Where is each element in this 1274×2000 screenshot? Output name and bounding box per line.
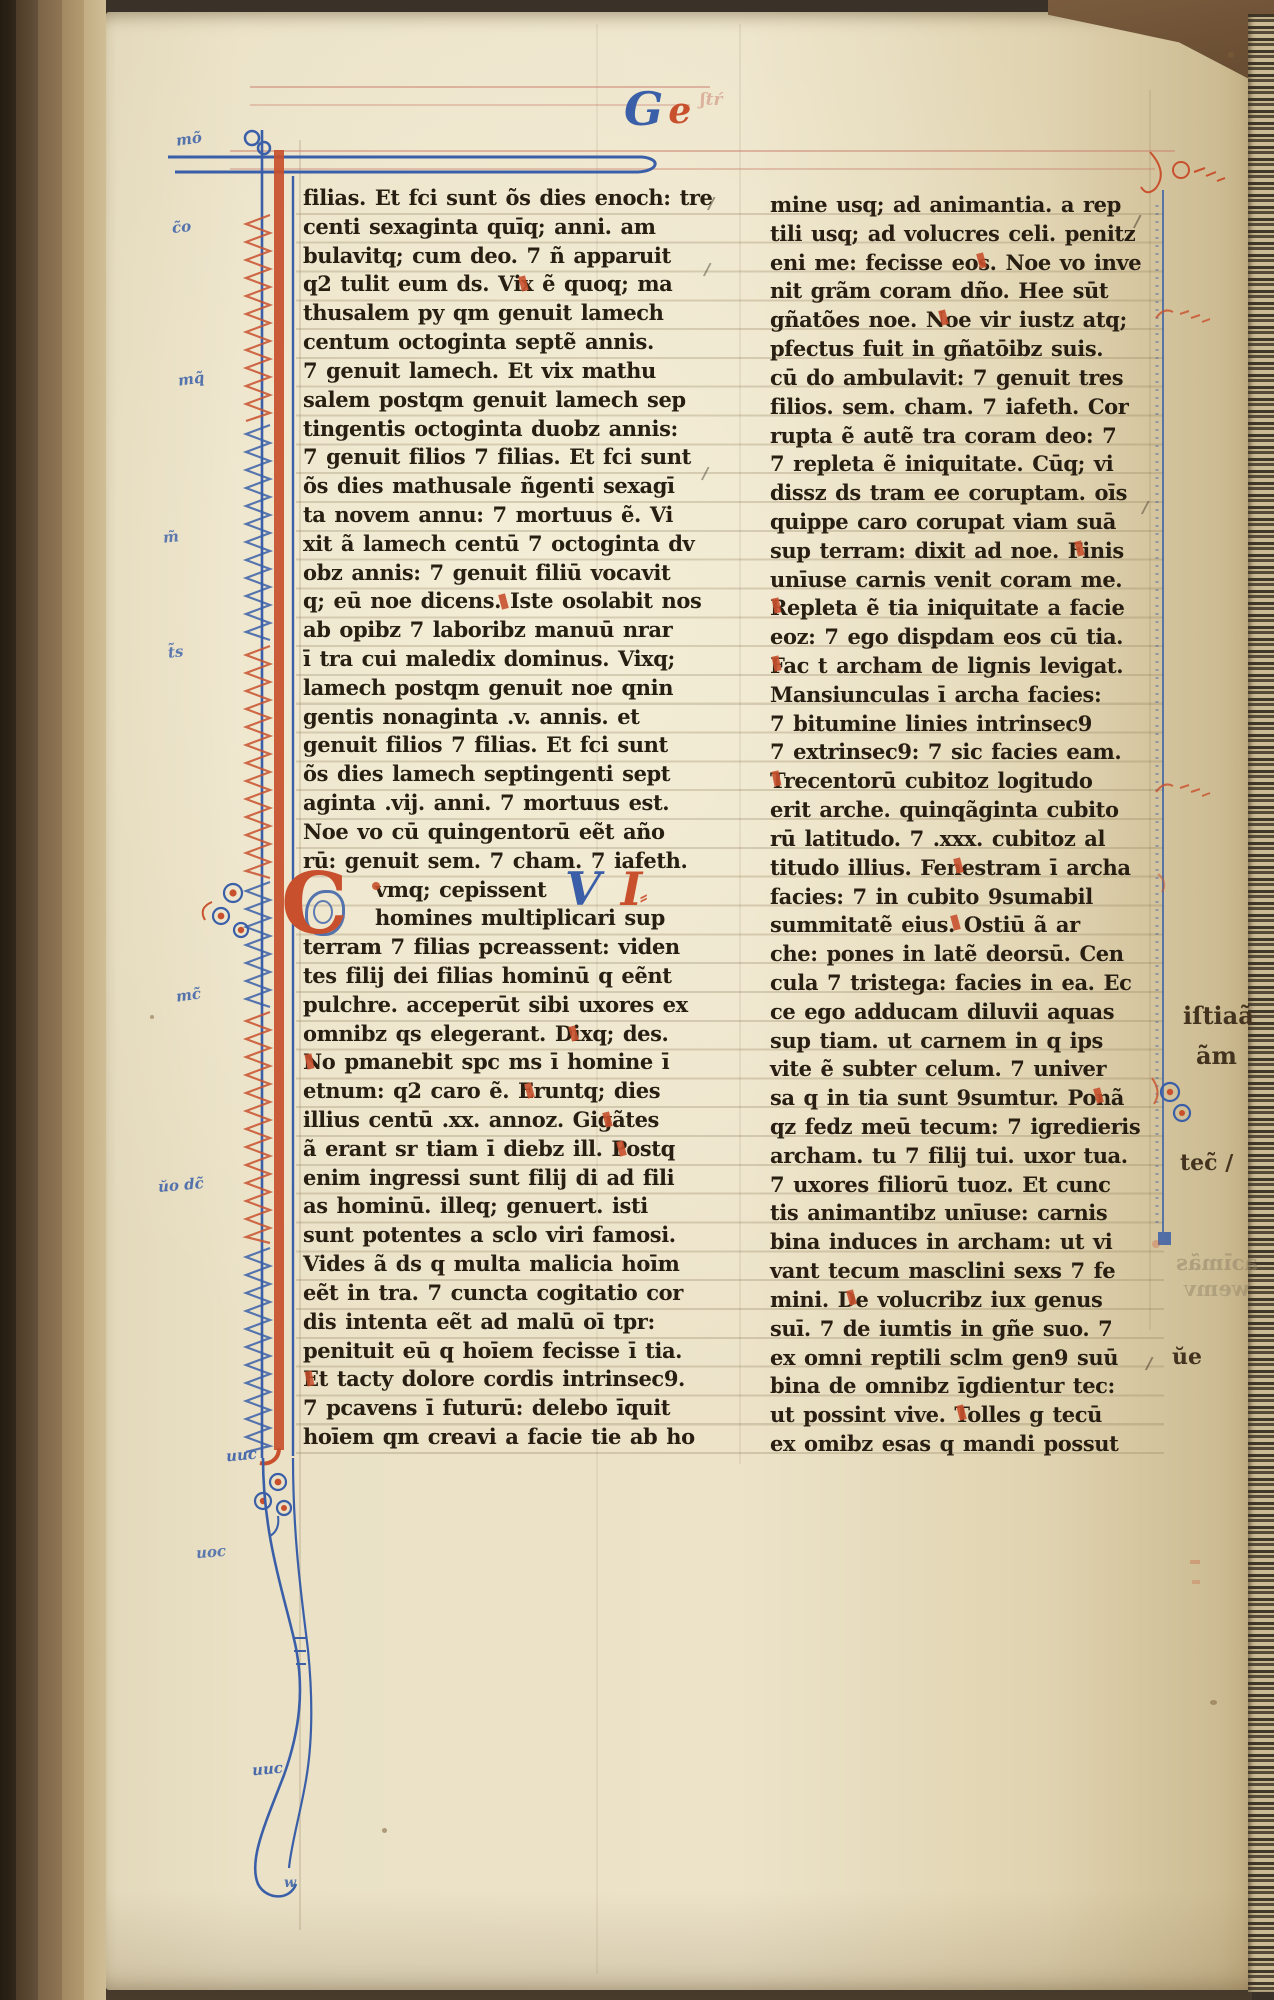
text-line: mini. De volucribz iux genus	[770, 1286, 1162, 1315]
text-line: filios. sem. cham. 7 iafeth. Cor	[770, 393, 1162, 422]
text-line: q; eū noe dicens. Iste osolabit nos	[303, 587, 717, 616]
text-column-left: filias. Et fci sunt õs dies enoch: trece…	[303, 184, 717, 1452]
text-line: 7 genuit filios 7 filias. Et fci sunt	[303, 443, 717, 472]
text-line: ex omibz esas q mandi possut	[770, 1430, 1162, 1459]
text-line: dis intenta eẽt ad malū oī tpr:	[303, 1308, 717, 1337]
text-line: nit grãm coram dño. Hee sūt	[770, 277, 1162, 306]
text-line: summitatẽ eius. Ostiū ã ar	[770, 911, 1162, 940]
text-line: rupta ẽ autẽ tra coram deo: 7	[770, 422, 1162, 451]
chapter-number-v: V	[565, 862, 601, 916]
pen-squiggle: uuc	[251, 1761, 283, 1779]
text-line: Mansiunculas ī archa facies:	[770, 681, 1162, 710]
text-line: eẽt in tra. 7 cuncta cogitatio cor	[303, 1279, 717, 1308]
pen-squiggle: m̃	[162, 529, 179, 546]
text-line: pulchre. acceperūt sibi uxores ex	[303, 991, 717, 1020]
pen-squiggle: mõ	[175, 130, 203, 148]
text-line: aginta .vij. anni. 7 mortuus est.	[303, 789, 717, 818]
text-line: Et tacty dolore cordis intrinsec9.	[303, 1365, 717, 1394]
text-line: 7 genuit lamech. Et vix mathu	[303, 357, 717, 386]
show-through-text: aɔīmãs	[1176, 1252, 1258, 1273]
text-line: eoz: 7 ego dispdam eos cū tia.	[770, 623, 1162, 652]
text-line: homines multiplicari sup	[303, 904, 717, 933]
text-line: cū do ambulavit: 7 genuit tres	[770, 364, 1162, 393]
marginal-note: ŭe	[1172, 1346, 1202, 1368]
text-line: etnum: q2 caro ẽ. Eruntq; dies	[303, 1077, 717, 1106]
text-line: centi sexaginta quīq; anni. am	[303, 213, 717, 242]
text-line: penituit eū q hoīem fecisse ī tia.	[303, 1337, 717, 1366]
text-line: facies: 7 in cubito 9sumabil	[770, 883, 1162, 912]
text-line: sunt potentes a sclo viri famosi.	[303, 1221, 717, 1250]
text-line: cula 7 tristega: facies in ea. Ec	[770, 969, 1162, 998]
running-title-letter: G	[624, 82, 663, 136]
parchment-freckle	[382, 1828, 387, 1833]
text-line: bulavitq; cum deo. 7 ñ apparuit	[303, 242, 717, 271]
text-line: pfectus fuit in gñatōibz suis.	[770, 335, 1162, 364]
text-line: ab opibz 7 laboribz manuū nrar	[303, 616, 717, 645]
text-line: quippe caro corupat viam suā	[770, 508, 1162, 537]
text-line: bina de omnibz īgdientur tec:	[770, 1372, 1162, 1401]
marginal-note: tec̃ ∕	[1180, 1152, 1233, 1174]
text-line: che: pones in latẽ deorsū. Cen	[770, 940, 1162, 969]
text-line: Repleta ẽ tia iniquitate a facie	[770, 594, 1162, 623]
parchment-freckle	[1228, 52, 1234, 58]
text-line: 7 pcavens ī futurū: delebo īquit	[303, 1394, 717, 1423]
text-line: terram 7 filias pcreassent: viden	[303, 933, 717, 962]
text-line: hoīem qm creavi a facie tie ab ho	[303, 1423, 717, 1452]
text-line: ex omni reptili sclm gen9 suū	[770, 1344, 1162, 1373]
marginal-note: iſtiaã	[1183, 1004, 1254, 1028]
text-line: omnibz qs elegerant. Dixq; des.	[303, 1020, 717, 1049]
text-line: qz fedz meū tecum: 7 igredieris	[770, 1113, 1162, 1142]
text-line: tingentis octoginta duobz annis:	[303, 415, 717, 444]
text-line: sup tiam. ut carnem in q ips	[770, 1027, 1162, 1056]
text-line: thusalem py qm genuit lamech	[303, 299, 717, 328]
text-line: dissz ds tram ee coruptam. oīs	[770, 479, 1162, 508]
pen-squiggle: uuc	[225, 1447, 257, 1465]
red-dot-mark	[1192, 1580, 1200, 1584]
pen-squiggle: w	[284, 1876, 296, 1890]
running-title: G e	[624, 82, 691, 136]
text-line: titudo illius. Fenestram ī archa	[770, 854, 1162, 883]
show-through-text: wemv	[1184, 1278, 1250, 1299]
faded-red-note: ʃtŕ	[700, 92, 722, 109]
text-line: rū: genuit sem. 7 cham. 7 iafeth.	[303, 847, 717, 876]
text-line: gñatões noe. Noe vir iustz atq;	[770, 306, 1162, 335]
text-line: ã erant sr tiam ī diebz ill. Postq	[303, 1135, 717, 1164]
pen-squiggle: t̃s	[167, 644, 184, 661]
pen-squiggle: mc̃	[175, 986, 202, 1004]
red-dot-mark	[1152, 1240, 1160, 1248]
text-line: archam. tu 7 filij tui. uxor tua.	[770, 1142, 1162, 1171]
text-line: tis animantibz unīuse: carnis	[770, 1199, 1162, 1228]
rubric-mark	[372, 882, 380, 890]
text-line: tes filij dei filias hominū q eẽnt	[303, 962, 717, 991]
text-line: q2 tulit eum ds. Vix ẽ quoq; ma	[303, 270, 717, 299]
parchment-freckle	[150, 1015, 154, 1019]
text-line: tili usq; ad volucres celi. penitz	[770, 220, 1162, 249]
pen-squiggle: uoc	[195, 1544, 226, 1562]
text-line: sup terram: dixit ad noe. Finis	[770, 537, 1162, 566]
chapter-filler-dash: ⸗	[640, 886, 647, 908]
parchment-freckle	[1210, 1700, 1217, 1705]
text-line: Vides ã ds q multa malicia hoīm	[303, 1250, 717, 1279]
running-title-letter: e	[668, 90, 691, 132]
text-line: vant tecum masclini sexs 7 fe	[770, 1257, 1162, 1286]
text-line: ce ego adducam diluvii aquas	[770, 998, 1162, 1027]
text-line: xit ã lamech centū 7 octoginta dv	[303, 530, 717, 559]
text-line: vmq; cepissent	[303, 876, 717, 905]
text-line: Fac t archam de lignis levigat.	[770, 652, 1162, 681]
text-line: vite ẽ subter celum. 7 univer	[770, 1055, 1162, 1084]
text-line: 7 repleta ẽ iniquitate. Cūq; vi	[770, 450, 1162, 479]
text-line: suī. 7 de iumtis in gñe suo. 7	[770, 1315, 1162, 1344]
drop-cap-initial: C	[279, 866, 349, 954]
text-line: No pmanebit spc ms ī homine ī	[303, 1048, 717, 1077]
text-column-right: mine usq; ad animantia. a reptili usq; a…	[770, 191, 1162, 1459]
text-line: illius centū .xx. annoz. Gigãtes	[303, 1106, 717, 1135]
text-line: salem postqm genuit lamech sep	[303, 386, 717, 415]
text-line: Noe vo cū quingentorū eẽt año	[303, 818, 717, 847]
text-line: bina induces in archam: ut vi	[770, 1228, 1162, 1257]
text-line: as hominū. illeq; genuert. isti	[303, 1192, 717, 1221]
marginal-note: ãm	[1196, 1044, 1237, 1068]
text-line: genuit filios 7 filias. Et fci sunt	[303, 731, 717, 760]
text-line: mine usq; ad animantia. a rep	[770, 191, 1162, 220]
pen-squiggle: mq̃	[177, 370, 205, 389]
pen-squiggle: ŭo dc̃	[157, 1176, 204, 1195]
text-line: obz annis: 7 genuit filiū vocavit	[303, 559, 717, 588]
text-line: lamech postqm genuit noe qnin	[303, 674, 717, 703]
text-line: ta novem annu: 7 mortuus ẽ. Vi	[303, 501, 717, 530]
pen-squiggle: c̃o	[171, 219, 192, 236]
text-line: unīuse carnis venit coram me.	[770, 566, 1162, 595]
text-line: 7 extrinsec9: 7 sic facies eam.	[770, 738, 1162, 767]
text-line: filias. Et fci sunt õs dies enoch: tre	[303, 184, 717, 213]
text-line: 7 bitumine linies intrinsec9	[770, 710, 1162, 739]
text-line: 7 uxores filiorū tuoz. Et cunc	[770, 1171, 1162, 1200]
text-line: rū latitudo. 7 .xxx. cubitoz al	[770, 825, 1162, 854]
text-line: Trecentorū cubitoz logitudo	[770, 767, 1162, 796]
red-dot-mark	[1190, 1560, 1200, 1564]
text-line: centum octoginta septẽ annis.	[303, 328, 717, 357]
text-line: erit arche. quinqãginta cubito	[770, 796, 1162, 825]
chapter-number: V I	[565, 862, 642, 916]
text-line: eni me: fecisse eos. Noe vo inve	[770, 249, 1162, 278]
text-line: enim ingressi sunt filij di ad fili	[303, 1164, 717, 1193]
text-line: gentis nonaginta .v. annis. et	[303, 703, 717, 732]
text-line: õs dies lamech septingenti sept	[303, 760, 717, 789]
initial-letter: C	[281, 854, 348, 953]
text-line: õs dies mathusale ñgenti sexagī	[303, 472, 717, 501]
text-line: ī tra cui maledix dominus. Vixq;	[303, 645, 717, 674]
